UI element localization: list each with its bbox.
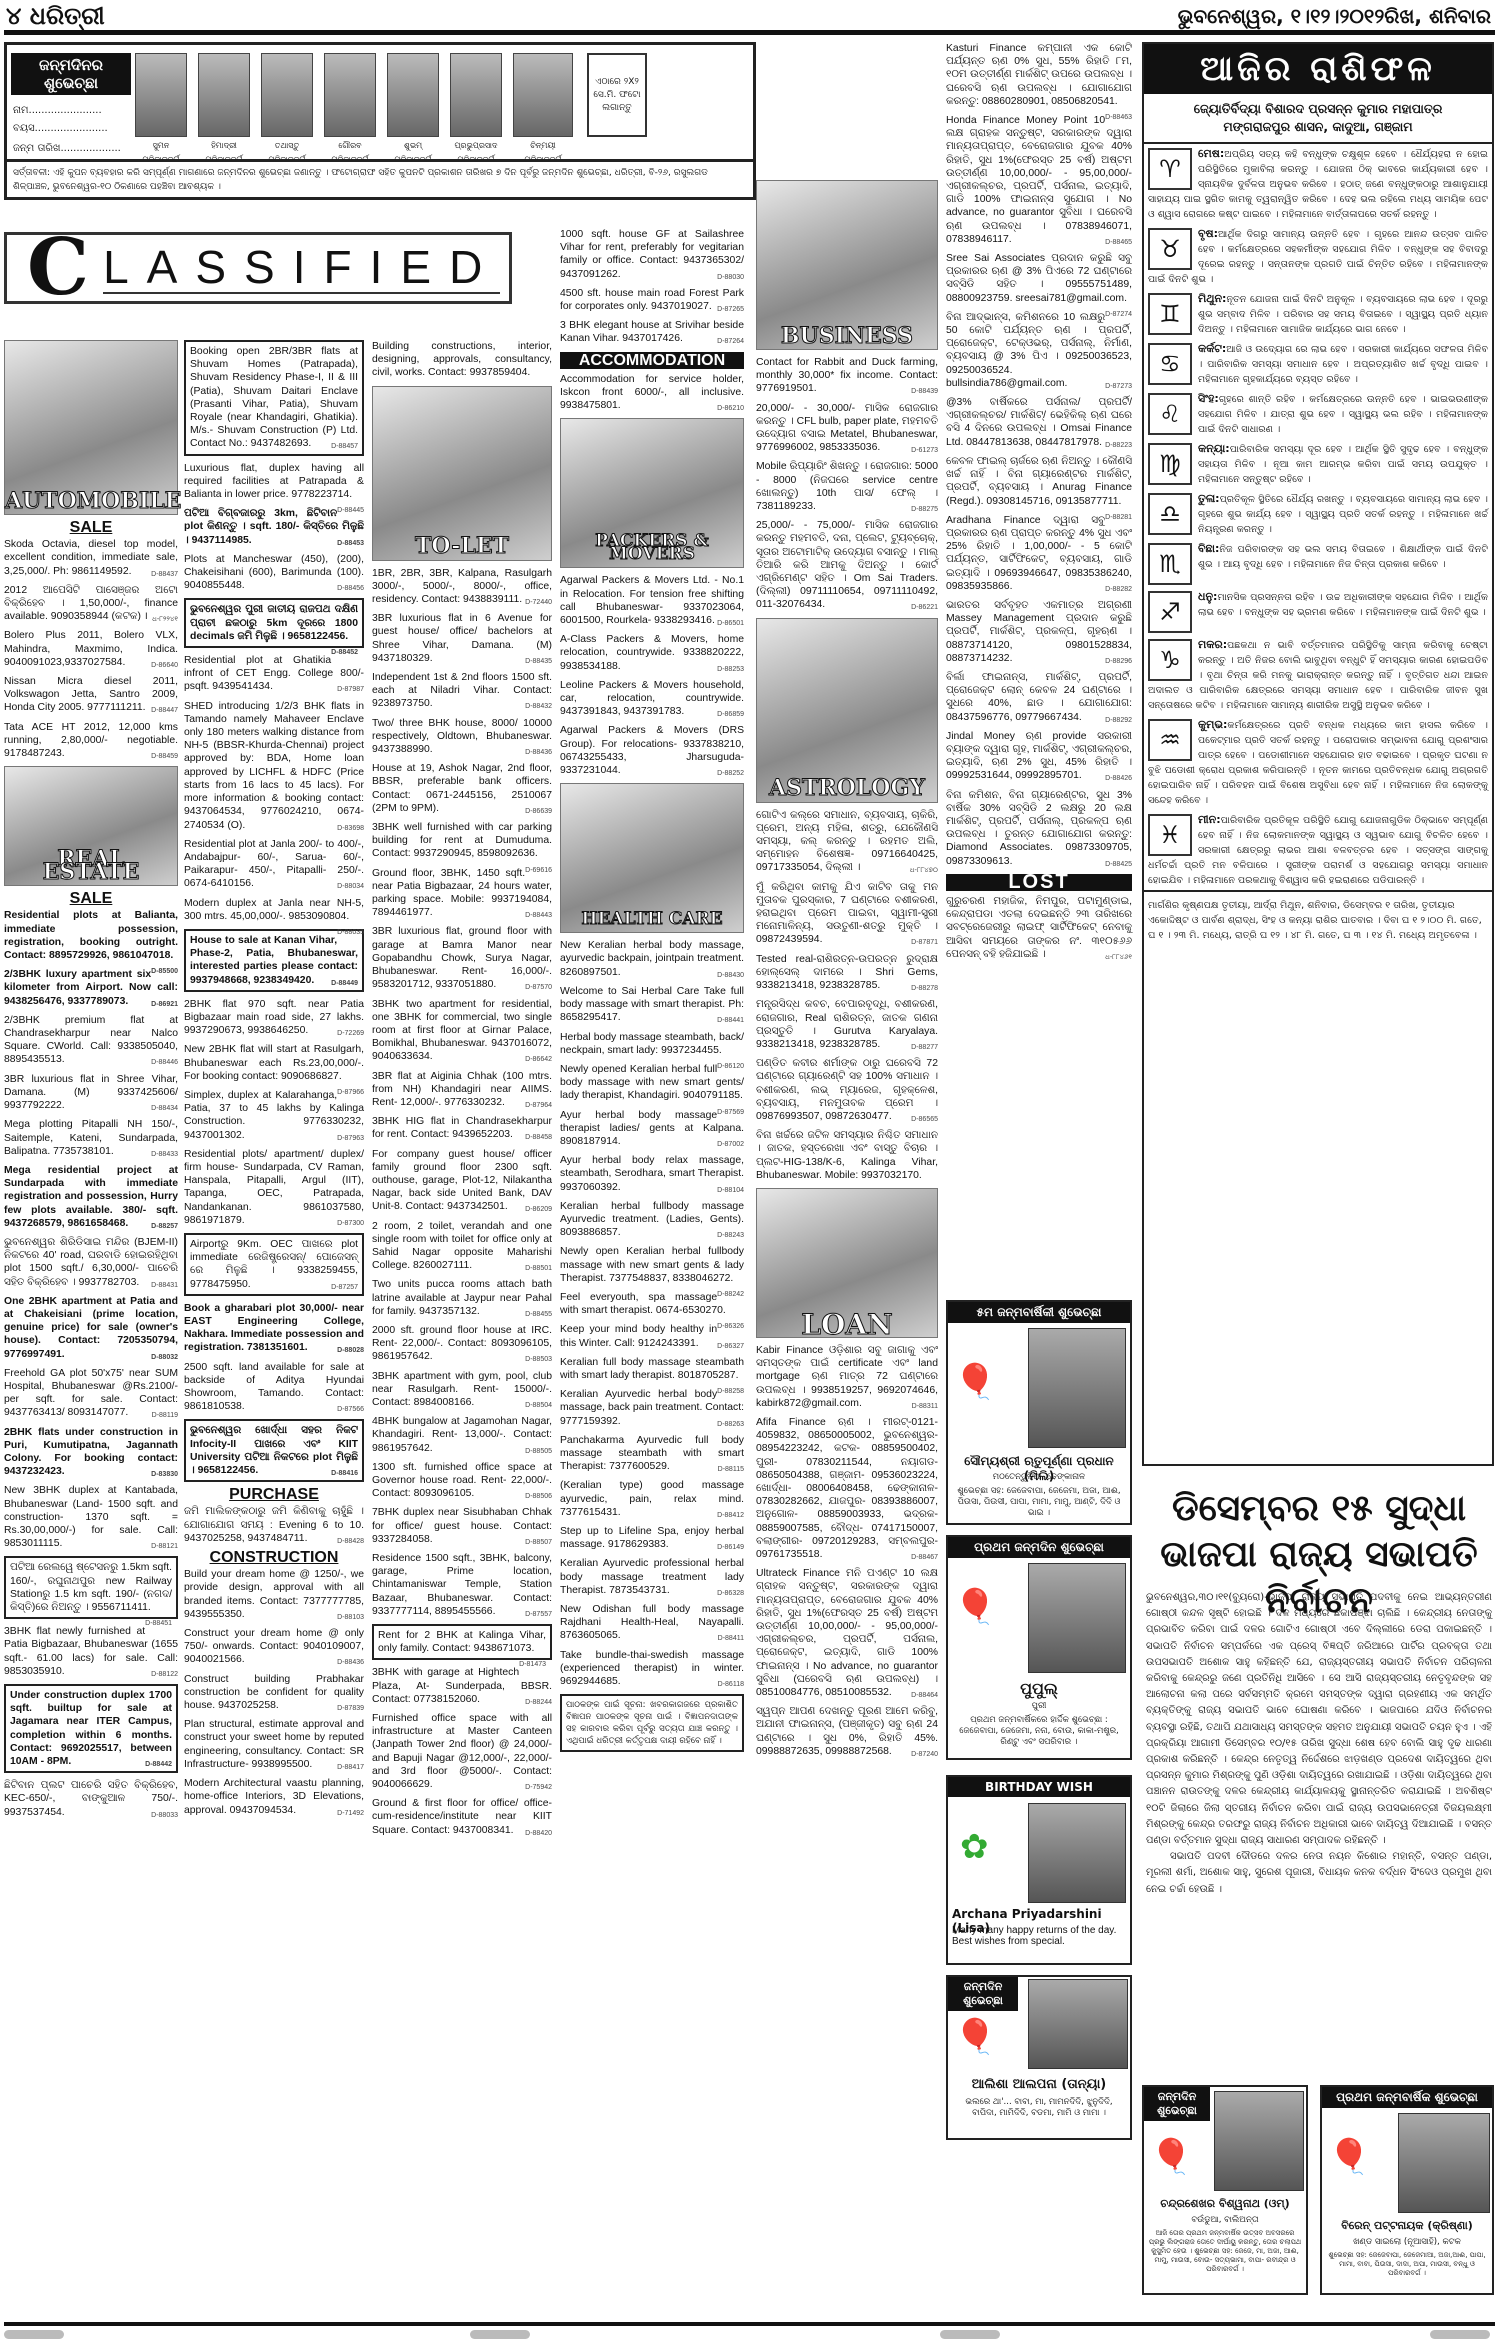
column-automobile-realestate: AUTOMOBILE SALE Skoda Octavia, diesel to… <box>4 340 178 1825</box>
classified-ad: Step up to Lifeline Spa, enjoy herbal ma… <box>560 1525 744 1551</box>
kid-card: ପ୍ରଭୁପ୍ରସାଦପରିବାରବର୍ଗ <box>450 53 502 165</box>
classified-ad: ପଟିଆ ରେଲୱେ ଷ୍ଟେସନରୁ 1.5km sqft. 160/-, ର… <box>4 1556 178 1619</box>
sign-name: ମିଥୁନ: <box>1198 292 1226 305</box>
kid-photo <box>513 53 573 137</box>
sign-name: ସିଂହ: <box>1198 392 1219 405</box>
wish-photo <box>1028 1563 1126 1673</box>
classified-ad: ସ୍ୱପ୍ନ ଆପଣ ଦେଖନ୍ତୁ ପୂରଣ ଆମେ କରିବୁ, ଅଯାନୀ… <box>756 1705 938 1758</box>
balloons-icon: 🎈 <box>954 2017 996 2057</box>
ad-code: D-88451 <box>145 1617 172 1630</box>
ad-code: D-88252 <box>717 767 744 780</box>
ad-code: D-88119 <box>152 1409 178 1422</box>
classified-ad: 3BR flat at Aiginia Chhak (100 mtrs. fro… <box>372 1070 552 1110</box>
business-label: BUSINESS <box>757 330 937 343</box>
ad-code: D-86565 <box>911 1113 938 1126</box>
ad-code: D-87839 <box>337 1702 364 1715</box>
wish-place: ଖଣ୍ଡ ସାଇଲୋ (ନୂଆସାହି), କଟକ <box>1326 2237 1488 2248</box>
kid-photo <box>450 53 502 137</box>
ad-code: D-88115 <box>718 1463 744 1476</box>
ad-code: D-88263 <box>717 1418 744 1431</box>
classified-ad: Ayur herbal body massage therapist ladie… <box>560 1109 744 1149</box>
ad-code: D-83698 <box>337 822 364 835</box>
ad-code: D-87871 <box>911 936 938 949</box>
classified-ad: Airportରୁ 9Km. OEC ପାଖରେ plot immediate … <box>184 1233 364 1296</box>
classified-ad: Ground & first floor for office/ office-… <box>372 1797 552 1837</box>
ad-text: ଭାରତର ସର୍ବବୃହତ ଏକମାତ୍ର ଅଗ୍ରଣୀ Massey Man… <box>946 600 1132 664</box>
ad-code: D-88449 <box>331 977 358 990</box>
ad-code: D-88436 <box>337 1656 364 1669</box>
ad-code: D-88432 <box>525 700 552 713</box>
ad-text: Luxurious flat, duplex having all requir… <box>184 463 364 500</box>
accommodation-heading: ACCOMMODATION <box>560 352 744 369</box>
zodiac-icon: ♍ <box>1148 443 1192 485</box>
ad-code: D-88257 <box>151 1220 178 1233</box>
classified-ad: Keep your mind body healthy in this Wint… <box>560 1323 744 1349</box>
ad-code: D-86221 <box>911 601 938 614</box>
horoscope-sign: ♌ସିଂହ:ଗୃହରେ ଶାନ୍ତି ରହିବ । କର୍ମକ୍ଷେତ୍ରରେ … <box>1144 389 1492 439</box>
classified-ad: For company guest house/ officer family … <box>372 1148 552 1214</box>
wish-name: ବିରେନ୍ ପଟ୍ଟନାୟକ (କ୍ରିଷ୍ଣା) <box>1326 2219 1488 2233</box>
loan-image: LOAN <box>756 1188 938 1338</box>
classified-ad: Mobile ରିପ୍ୟାରିଂ ଶିଖନ୍ତୁ । ରୋଜଗାର: 5000 … <box>756 460 938 513</box>
wish-from: Many many happy returns of the day. Best… <box>952 1925 1126 1947</box>
classified-ad: 1300 sft. furnished office space at Gove… <box>372 1461 552 1501</box>
name-field: ନାମ....................... <box>13 105 102 116</box>
kid-photo <box>261 53 313 137</box>
classified-ad: 1BR, 2BR, 3BR, Kalpana, Rasulgarh 3000/-… <box>372 567 552 607</box>
ad-code: D-88258 <box>717 1385 744 1398</box>
health-care-label: HEALTH CARE <box>561 913 743 926</box>
ad-code: D-61273 <box>911 444 938 457</box>
wish-place: ମଠତେନ୍ତୁଳିଆ, ଢେଙ୍କାନାଳ <box>952 1472 1126 1483</box>
kid-name: ଚିନ୍ମୟୀ <box>513 140 573 151</box>
ad-code: D-69616 <box>525 864 552 877</box>
kid-photo <box>387 53 439 137</box>
balloons-icon: 🎈 <box>954 1587 996 1627</box>
ad-text: ବିନା ଖର୍ଚ୍ଚରେ ଜଟିଳ ସମସ୍ୟାର ନିଶ୍ଚିତ ସମାଧା… <box>756 1130 938 1181</box>
zodiac-icon: ♎ <box>1148 493 1192 535</box>
ad-code: D-88412 <box>717 1509 744 1522</box>
classified-ad: Freehold GA plot 50'x75' near SUM Hospit… <box>4 1367 178 1420</box>
ad-text: SHED introducing 1/2/3 BHK flats in Tama… <box>184 701 364 831</box>
classified-ad: Plan structural, estimate approval and c… <box>184 1718 364 1771</box>
classified-ad: Construct your dream home @ only 750/- o… <box>184 1627 364 1667</box>
horoscope-sign: ♏ବିଛା:ନିଜ ପରିବାରଙ୍କ ସହ ଭଲ ସମୟ ବିତାଇବେ । … <box>1144 539 1492 587</box>
sign-name: ଧନୁ: <box>1198 590 1217 603</box>
ad-text: କେବଳ ଫାଇଲ୍ ଚାର୍ଜରେ ଋଣ ନିଅନ୍ତୁ । କୌଣସି ଖର… <box>946 456 1132 507</box>
balloons-icon: 🎈 <box>1150 2137 1192 2177</box>
horoscope-sign: ♒କୁମ୍ଭ:କର୍ମକ୍ଷେତ୍ରରେ ପ୍ରତି ବନ୍ଧକ ମଧ୍ୟରେ … <box>1144 715 1492 810</box>
ad-code: D-86501 <box>717 617 744 630</box>
classified-ad: Luxurious flat, duplex having all requir… <box>184 462 364 502</box>
classified-ad: @3% ବାର୍ଷିକରେ ପର୍ସନାଲ/ ପ୍ରପର୍ଟି/ ଏଗ୍ରୀକଲ… <box>946 396 1132 449</box>
real-estate-label: REAL ESTATE <box>5 853 177 879</box>
ad-code: D-86328 <box>717 1587 744 1600</box>
classified-ad: Take bundle-thai-swedish massage (experi… <box>560 1649 744 1689</box>
wish-place: ପୁରୀ <box>952 1701 1126 1712</box>
ad-code: D-86921 <box>151 998 178 1011</box>
ad-text: 3BHK well furnished with car parking bui… <box>372 822 552 859</box>
classified-ad: ପଟିଆ ବିଗ୍‌ବଜାରରୁ 3km, ଛିଟିବାନ plot କିଣନ୍… <box>184 507 364 547</box>
classified-ad: Ultrateck Finance ମନି ପଏଣ୍ଟ 10 ଲକ୍ଷ ଗ୍ରା… <box>756 1567 938 1699</box>
ad-code: D-88223 <box>1105 439 1132 452</box>
ad-code: D-88453 <box>337 537 364 550</box>
wish-name: ଆଲିଶା ଆଲପନା (ତାନ୍ୟା) <box>952 2077 1126 2092</box>
coupon-terms: ସର୍ତ୍ତାବଳୀ: ଏହି କୁପନ ବ୍ୟବହାର କରି ସମ୍ପୂର୍… <box>7 159 753 197</box>
zodiac-icon: ♓ <box>1148 814 1192 856</box>
dateline: ଭୁବନେଶ୍ୱର, ୧।୧୨।୨୦୧୨ରିଖ, ଶନିବାର <box>1178 4 1491 28</box>
reader-notice: ପାଠକଙ୍କ ପାଇଁ ସୂଚନା: ଖବରକାଗଜରେ ପ୍ରକାଶିତ ବ… <box>560 1694 744 1752</box>
ad-code: D-86120 <box>717 1060 744 1073</box>
horoscope-sign: ♊ମିଥୁନ:ନୂତନ ଯୋଜନା ପାଇଁ ଦିନଟି ଅନୁକୂଳ । ବ୍… <box>1144 289 1492 339</box>
classified-ad: 2012 ଆପେସିଟି ପାସେଞ୍ଜର ଅଟୋ ବିକ୍ରିହେବ । 1,… <box>4 584 178 624</box>
ad-code: D-86327 <box>717 1340 744 1353</box>
classified-ad: Aradhana Finance ଦ୍ୱାରା ସବୁ ପ୍ରକାରର ଋଣ ପ… <box>946 514 1132 593</box>
wish-name: ଚନ୍ଦ୍ରଶେଖର ବିଶ୍ୱନାଥ (ଓମ୍) <box>1148 2197 1302 2211</box>
classified-ad: House at 19, Ashok Nagar, 2nd floor, BBS… <box>372 762 552 815</box>
wish-box-first-birthday: ପ୍ରଥମ ଜନ୍ମଦିନ ଶୁଭେଚ୍ଛା 🎈 ପୁପୁଲ୍ ପୁରୀ ପ୍ର… <box>946 1535 1132 1760</box>
ad-code: D-88282 <box>1105 583 1132 596</box>
classified-ad: Accommodation for service holder, Iskcon… <box>560 373 744 413</box>
ad-code: D-88420 <box>525 1827 552 1840</box>
ad-text: Herbal body massage steambath, back/ nec… <box>560 1032 744 1056</box>
to-let-label: TO-LET <box>373 540 551 553</box>
ad-text: @3% ବାର୍ଷିକରେ ପର୍ସନାଲ/ ପ୍ରପର୍ଟି/ ଏଗ୍ରୀକଲ… <box>946 397 1132 448</box>
horoscope-sign: ♍କନ୍ୟା:ପାରିବାରିକ ସମସ୍ୟା ଦୂର ହେବ । ଆର୍ଥିକ… <box>1144 439 1492 489</box>
ad-code: D-87265 <box>717 303 744 316</box>
classified-ad: Honda Finance Money Point 10 ଲକ୍ଷ ଗ୍ରାହକ… <box>946 114 1132 246</box>
kid-photo <box>135 53 187 137</box>
sign-text: ପ୍ରତିକୂଳ ସ୍ଥିତିରେ ଧୈର୍ଯ୍ୟ ରଖନ୍ତୁ । ବ୍ୟବସ… <box>1198 494 1488 535</box>
horoscope-sign: ♎ତୁଳା:ପ୍ରତିକୂଳ ସ୍ଥିତିରେ ଧୈର୍ଯ୍ୟ ରଖନ୍ତୁ ।… <box>1144 489 1492 539</box>
classified-ad: 7BHK duplex near Sisubhaban Chhak for of… <box>372 1506 552 1546</box>
classified-ad: 4BHK bungalow at Jagamohan Nagar, Khanda… <box>372 1415 552 1455</box>
ad-code: D-87966 <box>337 1086 364 1099</box>
ad-text: New 2BHK flat will start at Rasulgarh, B… <box>184 1044 364 1081</box>
wish-photo <box>1398 2113 1490 2213</box>
horoscope-title: ଆଜିର ରାଶିଫଳ <box>1144 44 1492 94</box>
classified-ad: Mega residential project at Sundarpada w… <box>4 1164 178 1230</box>
classified-ad: ମୁଁ କରିଥିବା କାମକୁ ଯିଏ କାଟିବ ତାକୁ ମନ ମୁତା… <box>756 881 938 947</box>
author-name: ଜ୍ୟୋତିର୍ବିଦ୍ୟା ବିଶାରଦ ପ୍ରସନ୍ନ କୁମାର ମହାପ… <box>1144 100 1492 118</box>
wish-place: ବଉଁଡୁଆ, ବାଲିଅନ୍ତା <box>1148 2215 1302 2226</box>
ad-code: D-88034 <box>337 880 364 893</box>
classified-ad: 3BHK HIG flat in Chandrasekharpur for re… <box>372 1115 552 1141</box>
classified-ad: ଭୁବନେଶ୍ୱର ପୁରୀ ଜାତୀୟ ରାଜପଥ ଦକ୍ଷିଣ ପ୍ରାଚୀ… <box>184 598 364 648</box>
ad-code: D-88435 <box>525 655 552 668</box>
news-paragraph: ସଭାପତି ପଦବୀ ଦୌଡରେ ଦଳର ନେତା ନୟନ କିଶୋର ମହା… <box>1146 1849 1492 1898</box>
classified-ad: Contact for Rabbit and Duck farming, mon… <box>756 356 938 396</box>
classified-ad: 20,000/- - 30,000/- ମାସିକ ରୋଜଗାର କରନ୍ତୁ … <box>756 402 938 455</box>
sign-name: କର୍କଟ: <box>1198 342 1226 355</box>
classified-ad: Newly opened Keralian herbal full body m… <box>560 1063 744 1103</box>
wish-box-om: ଜନ୍ମଦିନ ଶୁଭେଚ୍ଛା 🎈 ଚନ୍ଦ୍ରଶେଖର ବିଶ୍ୱନାଥ (… <box>1142 2085 1308 2295</box>
balloons-icon: 🎈 <box>954 1362 996 1402</box>
bottom-rule <box>4 2322 1495 2326</box>
wish-from: ଭଲରେ ଥା'... ବାବା, ମା, ମାମନଦିଦି, ଝୁନୁଦିଦି… <box>952 2097 1126 2119</box>
sign-name: ତୁଳା: <box>1198 492 1220 505</box>
dob-field: ଜନ୍ମ ତାରିଖ................... <box>13 143 121 154</box>
classified-ad: 1000 sqft. house GF at Sailashree Vihar … <box>560 228 744 281</box>
ad-code: D-87300 <box>337 1217 364 1230</box>
classified-ad: New Odishan full body massage Rajdhani H… <box>560 1603 744 1643</box>
zodiac-icon: ♈ <box>1148 148 1192 190</box>
wish-title: ପ୍ରଥମ ଜନ୍ମଦିନ ଶୁଭେଚ୍ଛା <box>948 1537 1130 1558</box>
ad-code: D-87987 <box>337 683 364 696</box>
ad-text: ପଟିଆ ରେଲୱେ ଷ୍ଟେସନରୁ 1.5km sqft. 160/-, ର… <box>10 1562 172 1613</box>
page-marker <box>4 2330 64 2339</box>
age-field: ବୟସ....................... <box>13 123 108 134</box>
kid-name: ପ୍ରଭୁପ୍ରସାଦ <box>450 140 502 151</box>
classified-ad: 3BHK apartment with gym, pool, club near… <box>372 1370 552 1410</box>
classified-ad: କେବଳ ଫାଇଲ୍ ଚାର୍ଜରେ ଋଣ ନିଅନ୍ତୁ । କୌଣସି ଖର… <box>946 455 1132 508</box>
ad-code: D-88441 <box>717 1014 744 1027</box>
classified-ad: ଜମି ମାଲିକଙ୍କଠାରୁ ଜମି କିଣିବାକୁ ଚାହୁଁଛି । … <box>184 1505 364 1545</box>
column-to-let: Building constructions, interior, design… <box>372 340 552 1843</box>
ad-text: Furnished office space with all infrastr… <box>372 1713 552 1790</box>
ad-text: Newly open Keralian herbal fullbody mass… <box>560 1246 744 1283</box>
classified-ad: 2BHK flats under construction in Puri, K… <box>4 1426 178 1479</box>
ad-text: Residential plots/ apartment/ duplex/ fi… <box>184 1149 364 1226</box>
classified-ad: One 2BHK apartment at Patia and at Chake… <box>4 1295 178 1361</box>
ad-code: D-87569 <box>717 1106 744 1119</box>
ad-code: D-87274 <box>1105 308 1132 321</box>
author-address: ମଙ୍ଗରାଜପୁର ଶାସନ, କାଦୁଆ, ଗଞ୍ଜାମ <box>1144 118 1492 136</box>
classified-ad: New 3BHK duplex at Kantabada, Bhubaneswa… <box>4 1484 178 1550</box>
classified-ad: ପଣ୍ଡିତ କବୀର ଶର୍ମାଙ୍କ ଠାରୁ ଘରେବସି 72 ଘଣ୍ଟ… <box>756 1057 938 1123</box>
classified-ad: Welcome to Sai Herbal Care Take full bod… <box>560 985 744 1025</box>
zodiac-icon: ♋ <box>1148 343 1192 385</box>
sign-name: ବୃଷ: <box>1198 227 1218 240</box>
ad-code: D-88030 <box>717 271 744 284</box>
classified-ad: Plots at Mancheswar (450), (200), Chakei… <box>184 553 364 593</box>
ad-code: D-87257 <box>331 1281 358 1294</box>
classified-ad: Newly open Keralian herbal fullbody mass… <box>560 1245 744 1285</box>
ad-text: Honda Finance Money Point 10 ଲକ୍ଷ ଗ୍ରାହକ… <box>946 115 1132 245</box>
sign-text: ନିଜ ପରିବାରଙ୍କ ସହ ଭଲ ସମୟ ବିତାଇବେ । ଶିକ୍ଷା… <box>1198 544 1488 570</box>
classified-ad: 3BHK with garage at Hightech Plaza, At- … <box>372 1666 552 1706</box>
classified-ad: Leoline Packers & Movers household, car,… <box>560 679 744 719</box>
sign-text: କର୍ମକ୍ଷେତ୍ରରେ ପ୍ରତି ବନ୍ଧକ ମଧ୍ୟରେ କାମ ହାସ… <box>1148 720 1488 806</box>
classified-ad: Herbal body massage steambath, back/ nec… <box>560 1031 744 1057</box>
sign-name: ବିଛା: <box>1198 542 1219 555</box>
classified-ad: 25,000/- - 75,000/- ମାସିକ ରୋଜଗାର କରନ୍ତୁ … <box>756 519 938 611</box>
kid-card: ହିମାଦ୍ରୀପରିବାରବର୍ଗ <box>198 53 250 165</box>
wish-photo <box>1028 1979 1128 2069</box>
horoscope-sign: ♉ବୃଷ:ଆର୍ଥିକ ଦିଗରୁ ସାମାନ୍ୟ ଉନ୍ନତି ହେବ । ଗ… <box>1144 224 1492 289</box>
kid-card: ଗୌରବପରିବାରବର୍ଗ <box>324 53 376 165</box>
classified-ad: Keralian Ayurvedic herbal body massage, … <box>560 1388 744 1428</box>
classified-ad: 2BHK flat 970 sqft. near Patia Bigbazaar… <box>184 998 364 1038</box>
classified-ad: 3BR luxurious flat, ground floor with ga… <box>372 925 552 991</box>
zodiac-icon: ♉ <box>1148 228 1192 270</box>
classified-ad: Building constructions, interior, design… <box>372 340 552 380</box>
ad-code: D-88292 <box>1105 714 1132 727</box>
ad-code: D-88426 <box>1105 772 1132 785</box>
astrology-image: ASTROLOGY <box>756 618 938 803</box>
birthday-coupon-title: ଜନ୍ମଦିନର ଶୁଭେଚ୍ଛା <box>11 53 131 95</box>
column-finance: Kasturi Finance କମ୍ପାନୀ ଏକ କୋଟି ପର୍ଯ୍ୟନ୍… <box>946 42 1132 967</box>
ad-code: D-72440 <box>525 596 552 609</box>
to-let-image: TO-LET <box>372 386 552 561</box>
lost-heading: LOST <box>946 874 1132 891</box>
ad-code: D-87964 <box>525 1099 552 1112</box>
classified-ad: 2000 sft. ground floor house at IRC. Ren… <box>372 1324 552 1364</box>
horoscope-sign: ♋କର୍କଟ:ଆଜି ଓ ଉଦ୍ୟୋଗ ରେ ଲାଭ ହେବ । ସରକାରୀ … <box>1144 339 1492 389</box>
page-label: ୪ ଧରିତ୍ରୀ <box>6 2 105 30</box>
ad-text: Take bundle-thai-swedish massage (experi… <box>560 1650 744 1687</box>
classified-ad: Rent for 2 BHK at Kalinga Vihar, only fa… <box>372 1624 552 1660</box>
classified-ad: Modern Architectural vaastu planning, ho… <box>184 1777 364 1817</box>
classified-ad: Ground floor, 3BHK, 1450 sqft. near Pati… <box>372 867 552 920</box>
ad-code: D-88437 <box>151 568 178 581</box>
ad-code: D-81473 <box>519 1658 546 1671</box>
ad-code: D-88439 <box>911 385 938 398</box>
ad-text: ବିନା ଆଦ୍‌ଭାନ୍ସ, କମିଶନରେ 10 ଲକ୍ଷରୁ 50 କୋଟ… <box>946 312 1132 389</box>
ad-code: D-88505 <box>525 1445 552 1458</box>
sign-name: କୁମ୍ଭ: <box>1198 718 1227 731</box>
wish-from: ଶୁଭେଚ୍ଛା ସହ: ଜେଜେବାପା, ଜେଜେମା, ଅଜା, ଆଈ, … <box>952 1486 1126 1519</box>
photo-slot: ଏଠାରେ ୨X୨ ସେ.ମି. ଫଟୋ ଲଗାନ୍ତୁ <box>587 53 647 137</box>
kid-name: ଶୁଭମ୍ <box>387 140 439 151</box>
kid-card: ସୁମନପରିବାରବର୍ଗ <box>135 53 187 165</box>
ad-code: D-88430 <box>717 969 744 982</box>
classified-ad: 3BHK two apartment for residential, one … <box>372 998 552 1064</box>
ad-code: D-87566 <box>337 1403 364 1416</box>
horoscope-box: ଆଜିର ରାଶିଫଳ ଜ୍ୟୋତିର୍ବିଦ୍ୟା ବିଶାରଦ ପ୍ରସନ୍… <box>1142 42 1494 1466</box>
ad-code: D-88447 <box>151 704 178 717</box>
ad-code: D-88436 <box>525 746 552 759</box>
ad-code: D-88035 <box>337 926 364 939</box>
classified-ad: Feel everyouth, spa massage with smart t… <box>560 1291 744 1317</box>
classified-ad: Residential plot at Janla 200/- to 400/-… <box>184 838 364 891</box>
ad-text: Sree Sai Associates ପ୍ରଦାନ କରୁଛି ସବୁ ପ୍ର… <box>946 253 1132 304</box>
ad-code: D-88445 <box>337 504 364 517</box>
ad-code: D-86859 <box>717 708 744 721</box>
classified-ad: Nissan Micra diesel 2011, Volkswagon Jet… <box>4 675 178 715</box>
ad-code: D-88503 <box>525 1353 552 1366</box>
ad-code: D-83830 <box>151 1468 178 1481</box>
wish-photo <box>1028 1803 1126 1903</box>
classified-ad: Afifa Finance ଋଣ । ମୀରଟ୍-0121-4059832, 0… <box>756 1416 938 1561</box>
automobile-sale-heading: SALE <box>4 521 178 534</box>
ad-code: ଧ-୮୨୨୪୧ <box>152 613 178 626</box>
classified-ad: Agarwal Packers & Movers (DRS Group). Fo… <box>560 724 744 777</box>
classified-ad: Construct building Prabhakar constructio… <box>184 1673 364 1713</box>
classified-ad: ମନ୍ତ୍ରସିଦ୍ଧ କବଚ, ବେପାରବୃଦ୍ଧି, ବଶୀକରଣ, ରୋ… <box>756 998 938 1051</box>
ad-text: ବିନା କମିଶନ, ବିନା ଗ୍ୟାରେଣ୍ଟର, ସୁଧ 3% ବାର୍… <box>946 790 1132 867</box>
ad-code: D-88277 <box>911 1041 938 1054</box>
ad-code: D-71492 <box>337 1807 364 1820</box>
ad-code: D-86209 <box>525 1203 552 1216</box>
ad-code: D-88452 <box>331 646 358 659</box>
ad-code: D-88425 <box>1105 858 1132 871</box>
ad-code: D-88411 <box>718 1632 744 1645</box>
classified-ad: Bolero Plus 2011, Bolero VLX, Mahindra, … <box>4 629 178 669</box>
packers-image: PACKERS & MOVERS <box>560 418 744 568</box>
ad-code: D-88443 <box>525 909 552 922</box>
classified-ad: Jindal Money ଋଣ provide ସରକାରୀ ବ୍ୟାଙ୍କ ଦ… <box>946 730 1132 783</box>
ad-code: D-88433 <box>151 1148 178 1161</box>
ad-code: D-88446 <box>151 1056 178 1069</box>
wish-title: ଜନ୍ମଦିନ ଶୁଭେଚ୍ଛା <box>948 1977 1018 2011</box>
page-marker <box>940 2330 1000 2339</box>
classified-ad: Keralian Ayurvedic professional herbal b… <box>560 1557 744 1597</box>
wish-title: BIRTHDAY WISH <box>948 1777 1130 1797</box>
horoscope-sign: ♑ମକର:ପଛକଥା ନ ଭାବି ବର୍ତ୍ତମାନର ପରିସ୍ଥିତିକୁ… <box>1144 635 1492 715</box>
ad-text: 25,000/- - 75,000/- ମାସିକ ରୋଜଗାର କରନ୍ତୁ … <box>756 520 938 610</box>
ad-code: D-88506 <box>525 1490 552 1503</box>
ad-code: D-88463 <box>1105 111 1132 124</box>
ad-text: Keep your mind body healthy in this Wint… <box>560 1324 717 1348</box>
wish-title: ୫ମ ଜନ୍ମବାର୍ଷିକୀ ଶୁଭେଚ୍ଛା <box>948 1302 1130 1323</box>
classified-ad: Keralian full body massage steambath wit… <box>560 1356 744 1382</box>
health-care-image: HEALTH CARE <box>560 783 744 933</box>
ad-code: D-88253 <box>717 663 744 676</box>
realestate-sale-heading: SALE <box>4 892 178 905</box>
ad-text: Modern duplex at Janla near NH-5, 300 mt… <box>184 898 364 922</box>
automobile-image: AUTOMOBILE <box>4 340 178 515</box>
ad-code: D-88122 <box>151 1668 178 1681</box>
classified-ad: ବିନା ଖର୍ଚ୍ଚରେ ଜଟିଳ ସମସ୍ୟାର ନିଶ୍ଚିତ ସମାଧା… <box>756 1129 938 1182</box>
classified-ad: Two units pucca rooms attach bath latrin… <box>372 1278 552 1318</box>
classified-ad: ଗୋଟିଏ କଲ୍‌ରେ ସମାଧାନ, ବ୍ୟବସାୟ, ଚାକିରି, ପ୍… <box>756 809 938 875</box>
classified-ad: 2500 sqft. land available for sale at ba… <box>184 1361 364 1414</box>
classified-ad: Kabir Finance ଓଡ଼ିଶାର ସବୁ ଜାଗାକୁ ଏବଂ ସମସ… <box>756 1344 938 1410</box>
ad-code: D-88457 <box>331 440 358 453</box>
ad-code: D-86326 <box>717 1320 744 1333</box>
purchase-heading: PURCHASE <box>184 1488 364 1501</box>
classified-ad: 3BR luxurious flat in 6 Avenue for guest… <box>372 612 552 665</box>
ad-code: D-88455 <box>525 1308 552 1321</box>
wish-from: ଆଜି ତୋର ପ୍ରଥମ ଜନ୍ମବାର୍ଷିକ ଉତ୍ସବ ଅବସରରେ ପ… <box>1148 2229 1302 2274</box>
page-marker <box>470 2330 530 2339</box>
classified-ad: New 2BHK flat will start at Rasulgarh, B… <box>184 1043 364 1083</box>
wish-box-birthday-wish: BIRTHDAY WISH ✿ Archana Priyadarshini (L… <box>946 1775 1132 1965</box>
ad-text: Rent for 2 BHK at Kalinga Vihar, only fa… <box>378 1630 546 1654</box>
classified-ad: 2/3BHK premium flat at Chandrasekharpur … <box>4 1014 178 1067</box>
ad-code: ଧ-୮୮୪୬୧ <box>1105 951 1132 964</box>
wish-photo <box>1214 2091 1304 2191</box>
ad-code: D-88458 <box>525 1131 552 1144</box>
sign-name: ମକର: <box>1198 638 1227 651</box>
kid-photo <box>198 53 250 137</box>
sign-name: ମୀନ: <box>1198 813 1221 826</box>
classified-ad: Tested real-ରାଶିରତ୍ନ-ଉପରତ୍ନ ରୁଦ୍ରାକ୍ଷ ହୋ… <box>756 953 938 993</box>
ad-code: D-87570 <box>525 981 552 994</box>
sign-text: ମାନସିକ ପ୍ରସନ୍ନତା ରହିବ । ଉଚ୍ଚ ଅଧିକାରୀଙ୍କ … <box>1198 592 1488 618</box>
kid-name: ଗୌରବ <box>324 140 376 151</box>
sign-text: ନୂତନ ଯୋଜନା ପାଇଁ ଦିନଟି ଅନୁକୂଳ । ବ୍ୟବସାୟରେ… <box>1198 294 1488 335</box>
classified-ad: Skoda Octavia, diesel top model, excelle… <box>4 538 178 578</box>
ad-code: D-88104 <box>717 1184 744 1197</box>
construction-heading: CONSTRUCTION <box>184 1551 364 1564</box>
classified-ad: (Keralian type) good massage ayurvedic, … <box>560 1479 744 1519</box>
flower-bouquet-icon: ✿ <box>960 1827 989 1867</box>
wish-box-5th-birthday: ୫ମ ଜନ୍ମବାର୍ଷିକୀ ଶୁଭେଚ୍ଛା 🎈 ସୌମ୍ୟଶ୍ରୀ ଋତୁ… <box>946 1300 1132 1525</box>
classified-ad: A-Class Packers & Movers, home relocatio… <box>560 633 744 673</box>
ad-code: D-87264 <box>717 335 744 348</box>
ad-text: New Odishan full body massage Rajdhani H… <box>560 1604 744 1641</box>
ad-code: D-88464 <box>911 1689 938 1702</box>
ad-code: D-88281 <box>1105 511 1132 524</box>
classified-ad: Ayur herbal body relax massage, steambat… <box>560 1154 744 1194</box>
classified-ad: New Keralian herbal body massage, ayurve… <box>560 939 744 979</box>
ad-code: D-85500 <box>151 965 178 978</box>
page-marker <box>1430 2330 1490 2339</box>
ad-code: D-86642 <box>525 1053 552 1066</box>
classified-ad: ବିର୍ଲା ଫାଇନାନ୍ସ, ମାର୍କଶିଟ୍, ପ୍ରପର୍ଟି, ପ୍… <box>946 671 1132 724</box>
